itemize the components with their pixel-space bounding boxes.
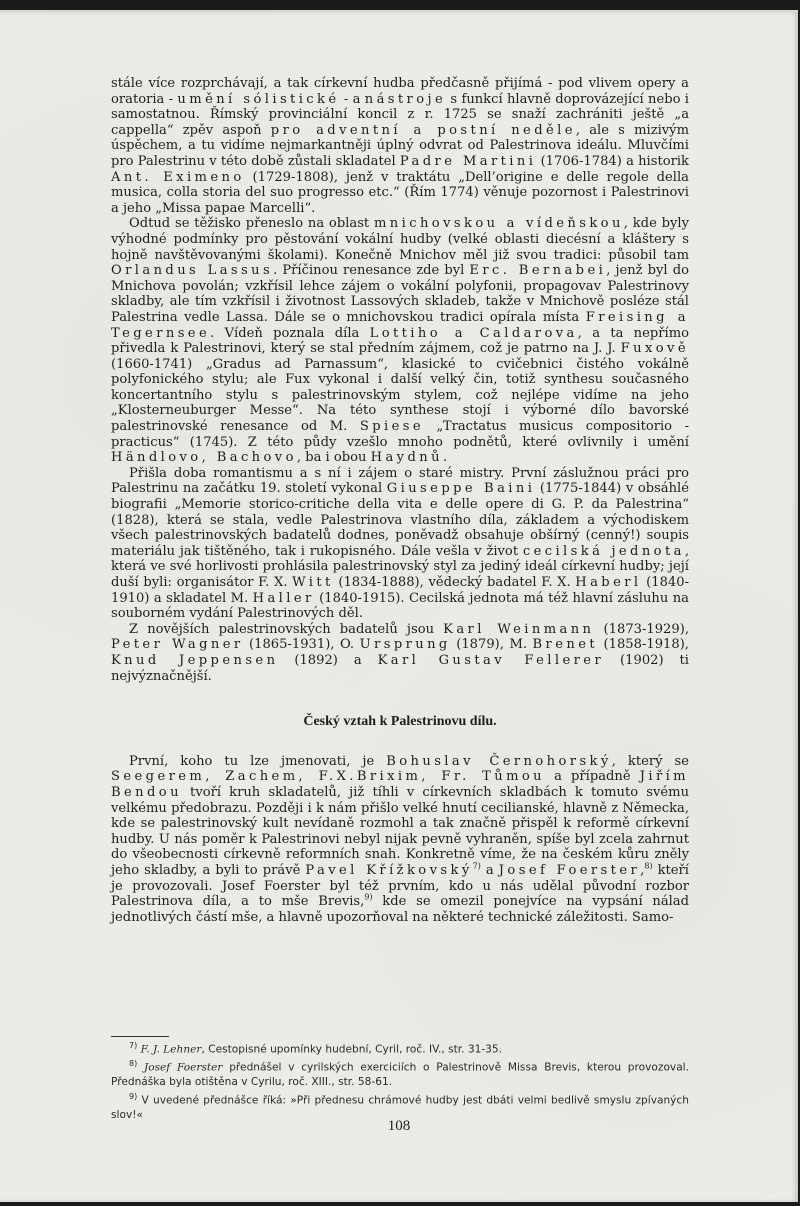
spaced-emphasis: umění sólistické (177, 92, 339, 107)
spaced-emphasis: Ursprung (360, 637, 451, 652)
spaced-emphasis: Ant. Eximeno (111, 170, 245, 185)
body-text: stále více rozprchávají, a tak církevní … (111, 76, 689, 925)
spaced-emphasis: Knud Jeppensen (111, 653, 278, 668)
spaced-emphasis: Karl Gustav Fellerer (378, 653, 605, 668)
spaced-emphasis: Seegerem, Zachem, F.X.Brixim, Fr. Tůmou (111, 769, 545, 784)
footnote-reference: 7) (473, 862, 481, 871)
spaced-emphasis: Lottiho a Caldarova (370, 326, 578, 341)
book-page: stále více rozprchávají, a tak církevní … (0, 10, 798, 1202)
spaced-emphasis: Bohuslav Černohorský (386, 754, 611, 769)
footnote-reference: 8) (644, 862, 652, 871)
spaced-emphasis: mnichovskou a vídeňskou (374, 216, 624, 231)
spaced-emphasis: Fuxově (621, 341, 689, 356)
footnote-divider (111, 1036, 169, 1037)
spaced-emphasis: cecilská jednota (523, 544, 685, 559)
footnote-7: 7) F. J. Lehner, Cestopisné upomínky hud… (111, 1039, 689, 1057)
footnote-author: F. J. Lehner (141, 1044, 202, 1056)
footnote-mark: 7) (129, 1041, 137, 1050)
spaced-emphasis: Witt (292, 575, 334, 590)
spaced-emphasis: Haydnů (371, 450, 443, 465)
spaced-emphasis: Orlandus Lassus (111, 263, 273, 278)
spaced-emphasis: Brenet (533, 637, 598, 652)
spaced-emphasis: Pavel Křížkovský (305, 863, 472, 878)
footnote-mark: 9) (129, 1092, 137, 1101)
spaced-emphasis: Erc. Bernabei (469, 263, 606, 278)
footnote-reference: 9) (364, 893, 372, 902)
spaced-emphasis: Josef Foerster (499, 863, 640, 878)
paragraph-3: Přišla doba romantismu a s ní i zájem o … (111, 466, 689, 622)
spaced-emphasis: pro adventní a postní neděle (271, 123, 576, 138)
spaced-emphasis: Haberl (575, 575, 641, 590)
spaced-emphasis: Padre Martini (400, 154, 536, 169)
paragraph-1: stále více rozprchávají, a tak církevní … (111, 76, 689, 216)
paragraph-4: Z novějších palestrinovských badatelů js… (111, 622, 689, 684)
spaced-emphasis: Spiese (360, 419, 424, 434)
spaced-emphasis: Haller (253, 591, 315, 606)
spaced-emphasis: Händlovo, Bachovo (111, 450, 297, 465)
paragraph-2: Odtud se těžisko přeneslo na oblast mnic… (111, 216, 689, 466)
spaced-emphasis: nástroje (365, 92, 446, 107)
spaced-emphasis: Giuseppe Baini (387, 481, 536, 496)
footnote-mark: 8) (129, 1059, 137, 1068)
section-heading: Český vztah k Palestrinovu dílu. (111, 714, 689, 730)
footnote-author: Josef Foerster (144, 1062, 223, 1074)
page-number: 108 (0, 1118, 798, 1135)
spaced-emphasis: Peter Wagner (111, 637, 244, 652)
footnote-8: 8) Josef Foerster přednášel v cyrilských… (111, 1057, 689, 1090)
footnotes: 7) F. J. Lehner, Cestopisné upomínky hud… (111, 1039, 689, 1122)
spaced-emphasis: Karl Weinmann (443, 622, 594, 637)
paragraph-5: První, koho tu lze jmenovati, je Bohusla… (111, 754, 689, 926)
